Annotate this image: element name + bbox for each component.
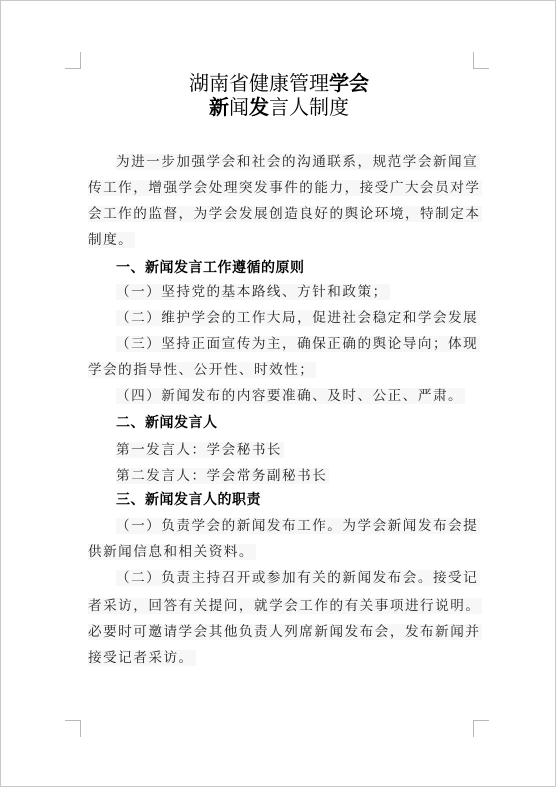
corner-mark-top-right (473, 52, 489, 69)
title-part: 闻 (229, 95, 249, 119)
paragraph-line: （四）新闻发布的内容要准确、及时、公正、严肃。 (116, 386, 465, 406)
text: 必要时可邀请学会其他负责人列席新闻发布会，发布新闻并 (88, 624, 482, 640)
title-part: 言人制度 (269, 95, 349, 119)
paragraph-line: （三）坚持正面宣传为主，确保正确的舆论导向；体现 (116, 334, 480, 354)
title-text-bold: 学会 (329, 71, 369, 95)
title-text: 湖南省健康管理 (189, 71, 329, 95)
section-heading: 二、新闻发言人 (116, 413, 218, 433)
paragraph-line: （二）维护学会的工作大局，促进社会稳定和学会发展 (116, 308, 480, 328)
document-title-line-2: 新闻发言人制度 (1, 96, 556, 119)
paragraph-line: 必要时可邀请学会其他负责人列席新闻发布会，发布新闻并 (88, 622, 482, 642)
text: （一）坚持党的基本路线、方针和政策； (116, 284, 390, 300)
text: （二）负责主持召开或参加有关的新闻发布会。接受记 (116, 570, 480, 586)
text: （一）负责学会的新闻发布工作。为学会新闻发布会提 (116, 518, 480, 534)
text: 接受记者采访。 (88, 650, 196, 666)
text: 为进一步加强学会和社会的沟通联系，规范学会新闻宣 (116, 154, 480, 170)
document-page: 湖南省健康管理学会 新闻发言人制度 为进一步加强学会和社会的沟通联系，规范学会新… (0, 0, 556, 787)
text: 学会的指导性、公开性、时效性； (88, 362, 316, 378)
paragraph-line: 制度。 (88, 230, 135, 250)
paragraph-line: 传工作，增强学会处理突发事件的能力，接受广大会员对学 (88, 178, 482, 198)
paragraph-line: 接受记者采访。 (88, 648, 196, 668)
paragraph-line: （二）负责主持召开或参加有关的新闻发布会。接受记 (116, 568, 480, 588)
paragraph-line: 会工作的监督，为学会发展创造良好的舆论环境，特制定本 (88, 204, 482, 224)
text: 者采访，回答有关提问，就学会工作的有关事项进行说明。 (88, 598, 482, 614)
text: 第一发言人：学会秘书长 (116, 442, 284, 458)
title-part: 发 (249, 95, 269, 119)
text: 会工作的监督，为学会发展创造良好的舆论环境，特制定本 (88, 206, 482, 222)
text: 制度。 (88, 232, 135, 248)
paragraph-line: 学会的指导性、公开性、时效性； (88, 360, 316, 380)
text: （四）新闻发布的内容要准确、及时、公正、严肃。 (116, 388, 465, 404)
text: 供新闻信息和相关资料。 (88, 544, 256, 560)
paragraph-line: （一）坚持党的基本路线、方针和政策； (116, 282, 390, 302)
heading-text: 一、新闻发言工作遵循的原则 (116, 260, 305, 276)
text: （三）坚持正面宣传为主，确保正确的舆论导向；体现 (116, 336, 480, 352)
text: （二）维护学会的工作大局，促进社会稳定和学会发展 (116, 310, 480, 326)
paragraph-line: 者采访，回答有关提问，就学会工作的有关事项进行说明。 (88, 596, 482, 616)
document-title-line-1: 湖南省健康管理学会 (1, 72, 556, 95)
corner-mark-bottom-left (65, 720, 81, 737)
paragraph-line: 第一发言人：学会秘书长 (116, 440, 284, 460)
section-heading: 三、新闻发言人的职责 (116, 490, 261, 510)
heading-text: 二、新闻发言人 (116, 415, 218, 431)
paragraph-line: 第二发言人：学会常务副秘书长 (116, 466, 329, 486)
paragraph-line: （一）负责学会的新闻发布工作。为学会新闻发布会提 (116, 516, 480, 536)
paragraph-line: 为进一步加强学会和社会的沟通联系，规范学会新闻宣 (116, 152, 480, 172)
text: 第二发言人：学会常务副秘书长 (116, 468, 329, 484)
text: 传工作，增强学会处理突发事件的能力，接受广大会员对学 (88, 180, 482, 196)
corner-mark-bottom-right (473, 720, 489, 737)
title-part: 新 (209, 95, 229, 119)
paragraph-line: 供新闻信息和相关资料。 (88, 542, 256, 562)
heading-text: 三、新闻发言人的职责 (116, 492, 261, 508)
section-heading: 一、新闻发言工作遵循的原则 (116, 258, 305, 278)
corner-mark-top-left (65, 52, 81, 69)
